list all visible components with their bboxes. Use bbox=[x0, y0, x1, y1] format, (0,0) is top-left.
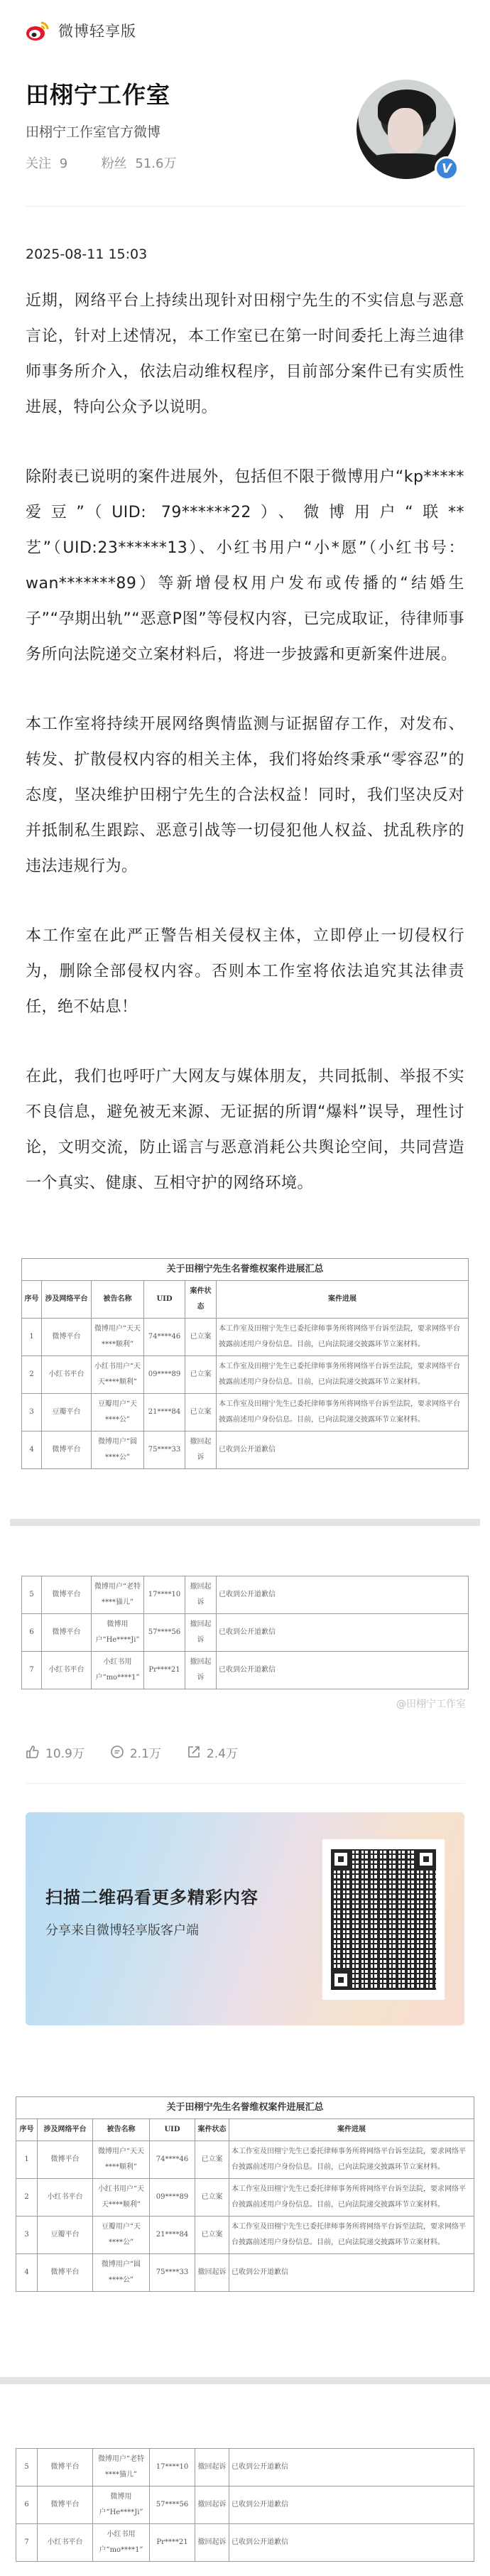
divider bbox=[26, 1783, 464, 1784]
col-header: 涉及网络平台 bbox=[42, 1281, 92, 1319]
cell-uid: Pr****21 bbox=[150, 2524, 195, 2562]
cell-platform: 微博平台 bbox=[38, 2486, 93, 2524]
col-header: 案件状态 bbox=[195, 2119, 229, 2141]
table-row: 6 微博平台 微博用户“He****Ji” 57****56 撤回起诉 已收到公… bbox=[16, 2486, 474, 2524]
qr-share-card: 扫描二维码看更多精彩内容 分享来自微博轻享版客户端 bbox=[26, 1812, 464, 2025]
cell-progress: 本工作室及田栩宁先生已委托律师事务所将网络平台诉至法院，要求网络平台披露前述用户… bbox=[229, 2179, 474, 2217]
cell-no: 2 bbox=[16, 2179, 38, 2217]
case-table-title: 关于田栩宁先生名誉维权案件进展汇总 bbox=[16, 2097, 474, 2119]
page-break bbox=[10, 1519, 480, 1526]
cell-progress: 已收到公开道歉信 bbox=[229, 2254, 474, 2292]
cell-uid: 21****84 bbox=[150, 2217, 195, 2254]
cell-no: 6 bbox=[22, 1614, 42, 1652]
cell-progress: 本工作室及田栩宁先生已委托律师事务所将网络平台诉至法院，要求网络平台披露前述用户… bbox=[217, 1356, 469, 1394]
cell-defendant: 微博用户“老特****猫儿” bbox=[92, 1576, 144, 1614]
brand-bar: 微博轻享版 bbox=[0, 0, 490, 48]
col-header: 涉及网络平台 bbox=[38, 2119, 93, 2141]
case-table-title: 关于田栩宁先生名誉维权案件进展汇总 bbox=[22, 1259, 469, 1281]
like-button[interactable]: 10.9万 bbox=[26, 1743, 85, 1761]
page-break bbox=[0, 2377, 490, 2384]
cell-status: 撤回起诉 bbox=[195, 2449, 229, 2486]
cell-defendant: 微博用户“老特****猫儿” bbox=[93, 2449, 150, 2486]
cell-status: 撤回起诉 bbox=[185, 1432, 217, 1469]
repost-button[interactable]: 2.4万 bbox=[187, 1743, 238, 1761]
cell-uid: 74****46 bbox=[144, 1319, 185, 1356]
col-header: 被告名称 bbox=[92, 1281, 144, 1319]
cell-progress: 本工作室及田栩宁先生已委托律师事务所将网络平台诉至法院，要求网络平台披露前述用户… bbox=[229, 2217, 474, 2254]
weibo-logo-icon bbox=[26, 20, 50, 41]
cell-status: 已立案 bbox=[195, 2217, 229, 2254]
post-image-case-table-2[interactable]: 关于田栩宁先生名誉维权案件进展汇总 序号 涉及网络平台 被告名称 UID 案件状… bbox=[0, 2068, 490, 2576]
repost-count: 2.4万 bbox=[207, 1743, 238, 1761]
cell-no: 3 bbox=[22, 1394, 42, 1432]
share-icon bbox=[187, 1745, 201, 1759]
cell-no: 6 bbox=[16, 2486, 38, 2524]
cell-progress: 本工作室及田栩宁先生已委托律师事务所将网络平台诉至法院，要求网络平台披露前述用户… bbox=[217, 1319, 469, 1356]
cell-no: 7 bbox=[22, 1652, 42, 1689]
following-label: 关注 bbox=[26, 156, 51, 171]
cell-platform: 微博平台 bbox=[42, 1319, 92, 1356]
cell-status: 已立案 bbox=[185, 1319, 217, 1356]
cell-status: 撤回起诉 bbox=[195, 2486, 229, 2524]
cell-status: 已立案 bbox=[185, 1356, 217, 1394]
case-table: 关于田栩宁先生名誉维权案件进展汇总 序号 涉及网络平台 被告名称 UID 案件状… bbox=[21, 1258, 469, 1469]
cell-platform: 小红书平台 bbox=[42, 1356, 92, 1394]
cell-uid: 74****46 bbox=[150, 2141, 195, 2179]
cell-defendant: 微博用户“圆****公” bbox=[92, 1432, 144, 1469]
cell-uid: 09****89 bbox=[150, 2179, 195, 2217]
case-table-2-continued: 5 微博平台 微博用户“老特****猫儿” 17****10 撤回起诉 已收到公… bbox=[16, 2448, 474, 2562]
cell-defendant: 微博用户“He****Ji” bbox=[92, 1614, 144, 1652]
cell-no: 1 bbox=[16, 2141, 38, 2179]
cell-platform: 小红书平台 bbox=[38, 2179, 93, 2217]
cell-platform: 豆瓣平台 bbox=[42, 1394, 92, 1432]
cell-uid: 75****33 bbox=[150, 2254, 195, 2292]
cell-platform: 微博平台 bbox=[42, 1432, 92, 1469]
comment-count: 2.1万 bbox=[130, 1743, 161, 1761]
cell-status: 撤回起诉 bbox=[195, 2254, 229, 2292]
post-paragraph: 除附表已说明的案件进展外，包括但不限于微博用户“kp*****爱豆”（UID: … bbox=[26, 460, 464, 673]
cell-defendant: 豆瓣用户“天****公” bbox=[93, 2217, 150, 2254]
cell-progress: 已收到公开道歉信 bbox=[229, 2486, 474, 2524]
cell-uid: Pr****21 bbox=[144, 1652, 185, 1689]
profile-header: 田栩宁工作室 田栩宁工作室官方微博 关注 9 粉丝 51.6万 V bbox=[0, 48, 490, 206]
following-count[interactable]: 9 bbox=[60, 156, 67, 171]
cell-uid: 17****10 bbox=[144, 1576, 185, 1614]
cell-defendant: 微博用户“天天****顺利” bbox=[93, 2141, 150, 2179]
cell-status: 撤回起诉 bbox=[185, 1576, 217, 1614]
cell-progress: 已收到公开道歉信 bbox=[229, 2449, 474, 2486]
cell-platform: 小红书平台 bbox=[42, 1652, 92, 1689]
table-row: 4 微博平台 微博用户“圆****公” 75****33 撤回起诉 已收到公开道… bbox=[22, 1432, 469, 1469]
cell-progress: 已收到公开道歉信 bbox=[217, 1614, 469, 1652]
table-row: 1 微博平台 微博用户“天天****顺利” 74****46 已立案 本工作室及… bbox=[22, 1319, 469, 1356]
case-table-continued: 5 微博平台 微博用户“老特****猫儿” 17****10 撤回起诉 已收到公… bbox=[21, 1576, 469, 1689]
cell-defendant: 小红书用户“mo****1” bbox=[92, 1652, 144, 1689]
col-header: 序号 bbox=[22, 1281, 42, 1319]
post-paragraph: 近期，网络平台上持续出现针对田栩宁先生的不实信息与恶意言论，针对上述情况，本工作… bbox=[26, 283, 464, 426]
cell-uid: 17****10 bbox=[150, 2449, 195, 2486]
col-header: 案件进展 bbox=[217, 1281, 469, 1319]
post-paragraph: 本工作室将持续开展网络舆情监测与证据留存工作，对发布、转发、扩散侵权内容的相关主… bbox=[26, 707, 464, 884]
comment-icon bbox=[110, 1745, 124, 1759]
cell-status: 撤回起诉 bbox=[185, 1614, 217, 1652]
cell-platform: 微博平台 bbox=[38, 2449, 93, 2486]
table-row: 5 微博平台 微博用户“老特****猫儿” 17****10 撤回起诉 已收到公… bbox=[16, 2449, 474, 2486]
col-header: 案件状态 bbox=[185, 1281, 217, 1319]
cell-status: 撤回起诉 bbox=[185, 1652, 217, 1689]
share-card-title: 扫描二维码看更多精彩内容 bbox=[45, 1883, 258, 1908]
post-image-case-table[interactable]: 关于田栩宁先生名誉维权案件进展汇总 序号 涉及网络平台 被告名称 UID 案件状… bbox=[10, 1216, 480, 1719]
cell-defendant: 微博用户“He****Ji” bbox=[93, 2486, 150, 2524]
cell-no: 4 bbox=[16, 2254, 38, 2292]
table-row: 3 豆瓣平台 豆瓣用户“天****公” 21****84 已立案 本工作室及田栩… bbox=[16, 2217, 474, 2254]
cell-no: 3 bbox=[16, 2217, 38, 2254]
cell-platform: 微博平台 bbox=[42, 1614, 92, 1652]
table-row: 6 微博平台 微博用户“He****Ji” 57****56 撤回起诉 已收到公… bbox=[22, 1614, 469, 1652]
table-row: 5 微博平台 微博用户“老特****猫儿” 17****10 撤回起诉 已收到公… bbox=[22, 1576, 469, 1614]
thumbs-up-icon bbox=[26, 1745, 40, 1759]
cell-status: 已立案 bbox=[185, 1394, 217, 1432]
cell-platform: 微博平台 bbox=[38, 2141, 93, 2179]
cell-progress: 本工作室及田栩宁先生已委托律师事务所将网络平台诉至法院，要求网络平台披露前述用户… bbox=[229, 2141, 474, 2179]
post-timestamp: 2025-08-11 15:03 bbox=[0, 207, 490, 262]
cell-uid: 57****56 bbox=[144, 1614, 185, 1652]
cell-platform: 微博平台 bbox=[38, 2254, 93, 2292]
col-header: 被告名称 bbox=[93, 2119, 150, 2141]
case-table-2: 关于田栩宁先生名誉维权案件进展汇总 序号 涉及网络平台 被告名称 UID 案件状… bbox=[16, 2096, 474, 2292]
cell-platform: 豆瓣平台 bbox=[38, 2217, 93, 2254]
table-row: 1 微博平台 微博用户“天天****顺利” 74****46 已立案 本工作室及… bbox=[16, 2141, 474, 2179]
qr-code-icon[interactable] bbox=[322, 1839, 445, 2000]
cell-uid: 75****33 bbox=[144, 1432, 185, 1469]
cell-progress: 已收到公开道歉信 bbox=[217, 1652, 469, 1689]
share-card-subtitle: 分享来自微博轻享版客户端 bbox=[45, 1920, 199, 1939]
table-row: 2 小红书平台 小红书用户“天天****顺利” 09****89 已立案 本工作… bbox=[22, 1356, 469, 1394]
col-header: UID bbox=[150, 2119, 195, 2141]
table-row: 3 豆瓣平台 豆瓣用户“天****公” 21****84 已立案 本工作室及田栩… bbox=[22, 1394, 469, 1432]
brand-name: 微博轻享版 bbox=[58, 20, 136, 41]
cell-uid: 09****89 bbox=[144, 1356, 185, 1394]
verified-badge-icon: V bbox=[435, 156, 459, 180]
cell-progress: 本工作室及田栩宁先生已委托律师事务所将网络平台诉至法院，要求网络平台披露前述用户… bbox=[217, 1394, 469, 1432]
post-paragraph: 本工作室在此严正警告相关侵权主体，立即停止一切侵权行为，删除全部侵权内容。否则本… bbox=[26, 919, 464, 1025]
cell-status: 已立案 bbox=[195, 2179, 229, 2217]
table-row: 7 小红书平台 小红书用户“mo****1” Pr****21 撤回起诉 已收到… bbox=[22, 1652, 469, 1689]
cell-progress: 已收到公开道歉信 bbox=[217, 1432, 469, 1469]
cell-defendant: 小红书用户“mo****1” bbox=[93, 2524, 150, 2562]
table-row: 2 小红书平台 小红书用户“天天****顺利” 09****89 已立案 本工作… bbox=[16, 2179, 474, 2217]
table-row: 4 微博平台 微博用户“圆****公” 75****33 撤回起诉 已收到公开道… bbox=[16, 2254, 474, 2292]
post-actions: 10.9万 2.1万 2.4万 bbox=[0, 1719, 490, 1769]
cell-no: 2 bbox=[22, 1356, 42, 1394]
followers-label: 粉丝 bbox=[102, 156, 127, 171]
cell-no: 5 bbox=[16, 2449, 38, 2486]
cell-platform: 小红书平台 bbox=[38, 2524, 93, 2562]
cell-status: 已立案 bbox=[195, 2141, 229, 2179]
cell-defendant: 豆瓣用户“天****公” bbox=[92, 1394, 144, 1432]
cell-defendant: 小红书用户“天天****顺利” bbox=[93, 2179, 150, 2217]
cell-uid: 57****56 bbox=[150, 2486, 195, 2524]
col-header: 案件进展 bbox=[229, 2119, 474, 2141]
post-body: 近期，网络平台上持续出现针对田栩宁先生的不实信息与恶意言论，针对上述情况，本工作… bbox=[0, 262, 490, 1201]
like-count: 10.9万 bbox=[45, 1743, 85, 1761]
col-header: UID bbox=[144, 1281, 185, 1319]
cell-defendant: 小红书用户“天天****顺利” bbox=[92, 1356, 144, 1394]
post-paragraph: 在此，我们也呼吁广大网友与媒体朋友，共同抵制、举报不实不良信息，避免被无来源、无… bbox=[26, 1059, 464, 1201]
cell-progress: 已收到公开道歉信 bbox=[229, 2524, 474, 2562]
cell-defendant: 微博用户“圆****公” bbox=[93, 2254, 150, 2292]
followers-count[interactable]: 51.6万 bbox=[135, 156, 176, 171]
cell-status: 撤回起诉 bbox=[195, 2524, 229, 2562]
cell-progress: 已收到公开道歉信 bbox=[217, 1576, 469, 1614]
weibo-share-page: 微博轻享版 田栩宁工作室 田栩宁工作室官方微博 关注 9 粉丝 51.6万 V … bbox=[0, 0, 490, 2576]
cell-no: 1 bbox=[22, 1319, 42, 1356]
cell-defendant: 微博用户“天天****顺利” bbox=[92, 1319, 144, 1356]
image-watermark: @田栩宁工作室 bbox=[21, 1689, 469, 1711]
cell-uid: 21****84 bbox=[144, 1394, 185, 1432]
comment-button[interactable]: 2.1万 bbox=[110, 1743, 161, 1761]
cell-no: 7 bbox=[16, 2524, 38, 2562]
cell-no: 5 bbox=[22, 1576, 42, 1614]
col-header: 序号 bbox=[16, 2119, 38, 2141]
table-row: 7 小红书平台 小红书用户“mo****1” Pr****21 撤回起诉 已收到… bbox=[16, 2524, 474, 2562]
cell-platform: 微博平台 bbox=[42, 1576, 92, 1614]
cell-no: 4 bbox=[22, 1432, 42, 1469]
